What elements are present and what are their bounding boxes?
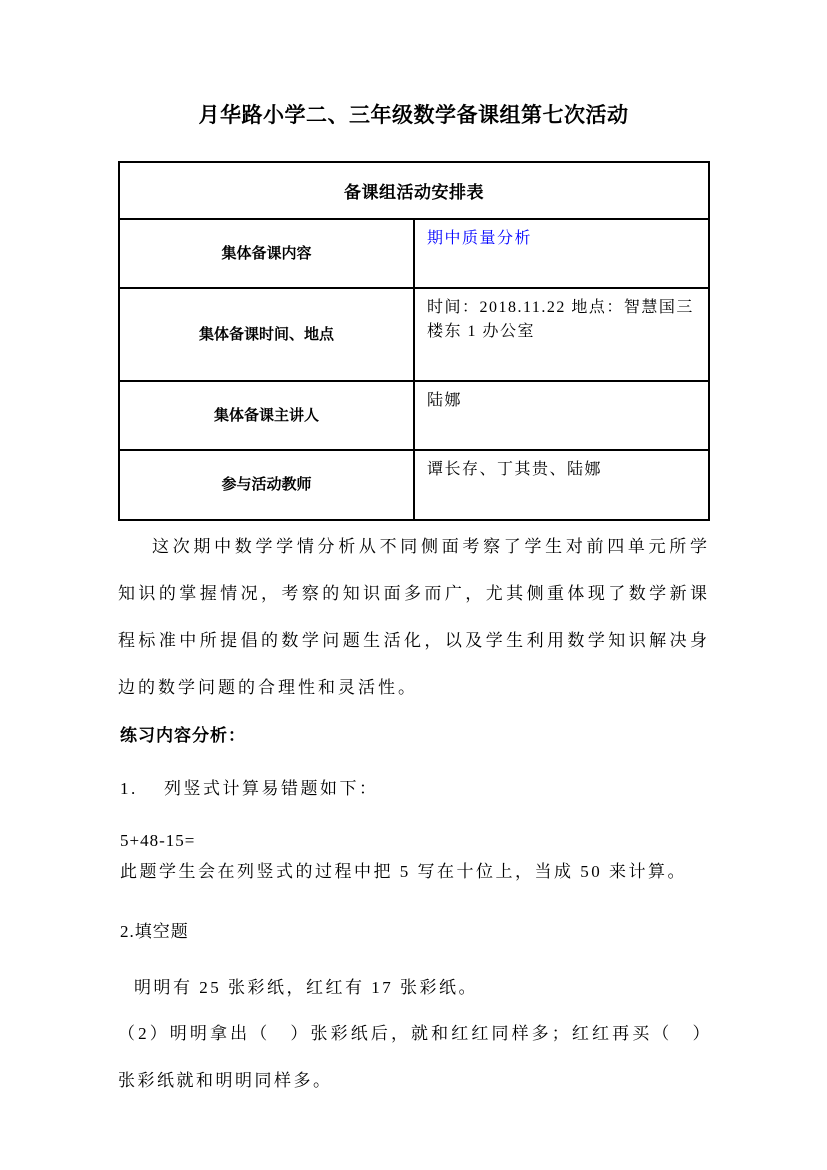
row-value-time-place: 时间：2018.11.22 地点：智慧国三楼东 1 办公室 [414, 288, 709, 381]
table-row-time-place: 集体备课时间、地点 时间：2018.11.22 地点：智慧国三楼东 1 办公室 [119, 288, 709, 381]
activity-schedule-table: 备课组活动安排表 集体备课内容 期中质量分析 集体备课时间、地点 时间：2018… [118, 161, 710, 521]
row-label-content: 集体备课内容 [119, 219, 414, 288]
row-label-time-place: 集体备课时间、地点 [119, 288, 414, 381]
row-label-speaker: 集体备课主讲人 [119, 381, 414, 450]
formula-line: 5+48-15= [120, 831, 827, 851]
table-row-content: 集体备课内容 期中质量分析 [119, 219, 709, 288]
document-page: 月华路小学二、三年级数学备课组第七次活动 备课组活动安排表 集体备课内容 期中质… [0, 0, 827, 1170]
note-line: 此题学生会在列竖式的过程中把 5 写在十位上，当成 50 来计算。 [120, 862, 827, 882]
row-value-teachers: 谭长存、丁其贵、陆娜 [414, 450, 709, 520]
intro-paragraph: 这次期中数学学情分析从不同侧面考察了学生对前四单元所学知识的掌握情况，考察的知识… [118, 523, 710, 711]
list-item-2: 2.填空题 [120, 922, 827, 942]
table-row-speaker: 集体备课主讲人 陆娜 [119, 381, 709, 450]
table-caption: 备课组活动安排表 [119, 162, 709, 219]
document-title: 月华路小学二、三年级数学备课组第七次活动 [0, 0, 827, 131]
list-item-1: 1. 列竖式计算易错题如下： [120, 779, 827, 799]
fill-blank-question: （2）明明拿出（ ）张彩纸后，就和红红同样多；红红再买（ ）张彩纸就和明明同样多… [118, 1010, 712, 1104]
row-value-content: 期中质量分析 [414, 219, 709, 288]
table-caption-row: 备课组活动安排表 [119, 162, 709, 219]
fill-blank-intro: 明明有 25 张彩纸，红红有 17 张彩纸。 [120, 978, 827, 998]
section-heading: 练习内容分析： [120, 726, 827, 746]
row-value-speaker: 陆娜 [414, 381, 709, 450]
row-label-teachers: 参与活动教师 [119, 450, 414, 520]
table-row-teachers: 参与活动教师 谭长存、丁其贵、陆娜 [119, 450, 709, 520]
